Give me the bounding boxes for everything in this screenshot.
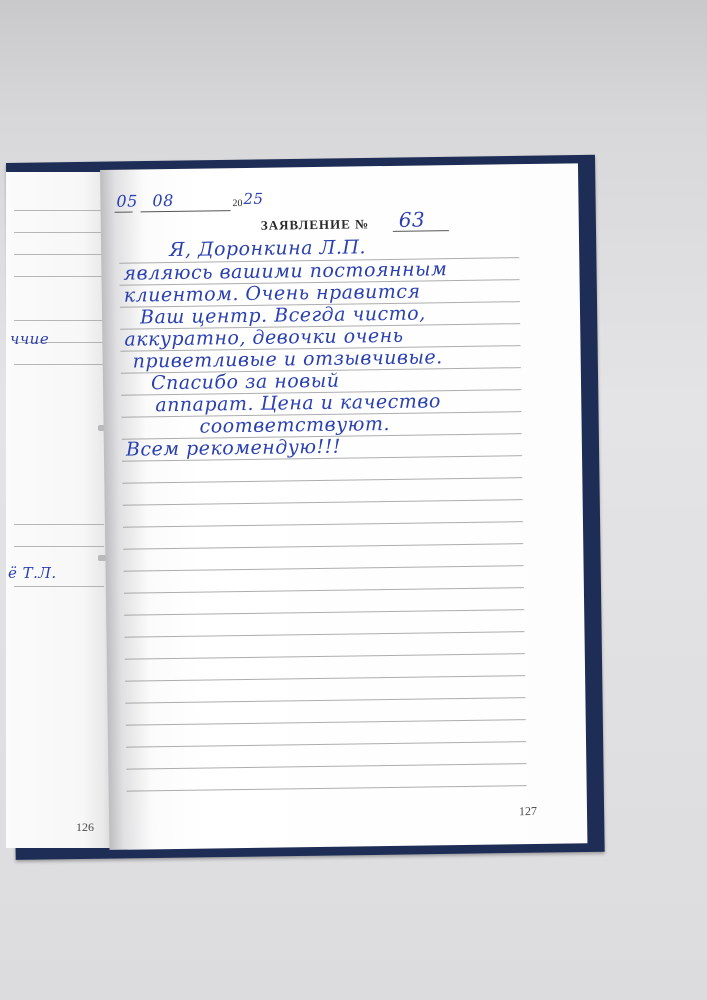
ruled-line bbox=[125, 697, 525, 704]
ruled-line bbox=[14, 364, 104, 365]
handwritten-line: Спасибо за новый bbox=[151, 370, 340, 395]
ruled-line bbox=[14, 210, 104, 211]
ruled-line bbox=[14, 320, 104, 321]
ruled-line bbox=[123, 543, 523, 550]
left-fragment-2: ё Т.Л. bbox=[8, 564, 57, 582]
handwritten-line: приветливые и отзывчивые. bbox=[133, 346, 443, 372]
ruled-line bbox=[124, 587, 524, 594]
ruled-line bbox=[123, 521, 523, 528]
handwritten-line: Всем рекомендую!!! bbox=[126, 436, 341, 461]
statement-heading: ЗАЯВЛЕНИЕ № bbox=[261, 216, 370, 234]
right-page-number: 127 bbox=[519, 804, 537, 819]
left-page: ччие ё Т.Л. 126 bbox=[6, 172, 116, 848]
ruled-line bbox=[127, 785, 527, 792]
ruled-line bbox=[124, 609, 524, 616]
ruled-line bbox=[126, 719, 526, 726]
ruled-line bbox=[125, 653, 525, 660]
ruled-line bbox=[126, 763, 526, 770]
ruled-line bbox=[14, 524, 104, 525]
ruled-line bbox=[126, 741, 526, 748]
right-page: 05 08 20 25 ЗАЯВЛЕНИЕ № 63 Я, Доронкина … bbox=[100, 163, 587, 850]
ruled-line bbox=[14, 254, 104, 255]
ruled-line bbox=[14, 232, 104, 233]
ruled-line bbox=[125, 631, 525, 638]
ruled-line bbox=[122, 477, 522, 484]
statement-number: 63 bbox=[399, 207, 426, 231]
ruled-line bbox=[14, 586, 104, 587]
left-fragment-1: ччие bbox=[10, 330, 49, 348]
ruled-line bbox=[14, 546, 104, 547]
date-month: 08 bbox=[152, 191, 174, 210]
ruled-line bbox=[123, 499, 523, 506]
date-day: 05 bbox=[116, 191, 138, 210]
left-page-number: 126 bbox=[76, 820, 94, 835]
handwritten-line: соответствуют. bbox=[199, 413, 390, 438]
date-year-prefix: 20 bbox=[232, 198, 242, 209]
ruled-line bbox=[125, 675, 525, 682]
date-year-suffix: 25 bbox=[243, 190, 263, 208]
ruled-line bbox=[14, 276, 104, 277]
ruled-line bbox=[124, 565, 524, 572]
handwritten-line: Я, Доронкина Л.П. bbox=[169, 236, 366, 261]
handwritten-line: аппарат. Цена и качество bbox=[155, 390, 441, 416]
